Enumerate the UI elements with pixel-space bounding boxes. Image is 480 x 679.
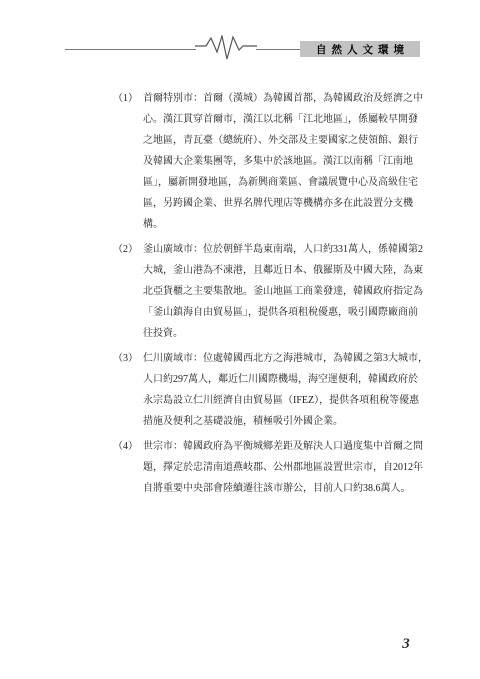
document-page: 自然人文環境 （1） 首爾特別市：首爾（漢城）為韓國首都，為韓國政治及經濟之中心… xyxy=(0,0,480,679)
text-line: 措施及便利之基礎設施，積極吸引外國企業。 xyxy=(143,411,418,432)
text-line: 釜山廣域市：位於朝鮮半島東南端，人口約331萬人，係韓國第2 xyxy=(143,239,418,260)
item-lines: 世宗市：韓國政府為平衡城鄉差距及解決人口過度集中首爾之問題，擇定於忠清南道燕岐郡… xyxy=(143,436,418,499)
city-list: （1） 首爾特別市：首爾（漢城）為韓國首都，為韓國政治及經濟之中心。漢江貫穿首爾… xyxy=(113,88,418,503)
text-line: 及韓國大企業集團等，多集中於該地區。漢江以南稱「江南地 xyxy=(143,151,418,172)
section-title-box: 自然人文環境 xyxy=(300,41,420,57)
text-line: 人口約297萬人，鄰近仁川國際機場，海空運便利，韓國政府於 xyxy=(143,369,418,390)
item-marker: （1） xyxy=(113,88,143,109)
text-line: 世宗市：韓國政府為平衡城鄉差距及解決人口過度集中首爾之問 xyxy=(143,436,418,457)
section-title: 自然人文環境 xyxy=(311,42,409,57)
item-marker: （3） xyxy=(113,348,143,369)
text-line: 往投資。 xyxy=(143,323,418,344)
pulse-waveform-icon xyxy=(195,35,257,63)
text-line: 仁川廣域市：位處韓國西北方之海港城市，為韓國之第3大城市， xyxy=(143,348,418,369)
page-number: 3 xyxy=(398,636,414,653)
text-line: 「釜山鎮海自由貿易區」，提供各項租稅優惠，吸引國際廠商前 xyxy=(143,302,418,323)
item-lines: 仁川廣域市：位處韓國西北方之海港城市，為韓國之第3大城市，人口約297萬人，鄰近… xyxy=(143,348,418,432)
text-line: 題，擇定於忠清南道燕岐郡、公州郡地區設置世宗市，自2012年 xyxy=(143,457,418,478)
page-header: 自然人文環境 xyxy=(65,40,420,58)
text-line: 區，另跨國企業、世界名牌代理店等機構亦多在此設置分支機 xyxy=(143,193,418,214)
header-rule-right xyxy=(256,49,300,50)
text-line: 自將重要中央部會陸續遷往該市辦公，目前人口約38.6萬人。 xyxy=(143,478,418,499)
text-line: 心。漢江貫穿首爾市，漢江以北稱「江北地區」，係屬較早開發 xyxy=(143,109,418,130)
list-item: （3） 仁川廣域市：位處韓國西北方之海港城市，為韓國之第3大城市，人口約297萬… xyxy=(113,348,418,432)
list-item: （1） 首爾特別市：首爾（漢城）為韓國首都，為韓國政治及經濟之中心。漢江貫穿首爾… xyxy=(113,88,418,235)
list-item: （2） 釜山廣域市：位於朝鮮半島東南端，人口約331萬人，係韓國第2大城，釜山港… xyxy=(113,239,418,344)
item-lines: 首爾特別市：首爾（漢城）為韓國首都，為韓國政治及經濟之中心。漢江貫穿首爾市，漢江… xyxy=(143,88,418,235)
item-marker: （4） xyxy=(113,436,143,457)
text-line: 北亞貨櫃之主要集散地。釜山地區工商業發達，韓國政府指定為 xyxy=(143,281,418,302)
item-marker: （2） xyxy=(113,239,143,260)
text-line: 首爾特別市：首爾（漢城）為韓國首都，為韓國政治及經濟之中 xyxy=(143,88,418,109)
text-line: 之地區，青瓦臺（總統府）、外交部及主要國家之使領館、銀行 xyxy=(143,130,418,151)
list-item: （4） 世宗市：韓國政府為平衡城鄉差距及解決人口過度集中首爾之問題，擇定於忠清南… xyxy=(113,436,418,499)
text-line: 構。 xyxy=(143,214,418,235)
item-lines: 釜山廣域市：位於朝鮮半島東南端，人口約331萬人，係韓國第2大城，釜山港為不凍港… xyxy=(143,239,418,344)
text-line: 永宗島設立仁川經濟自由貿易區（IFEZ），提供各項租稅等優惠 xyxy=(143,390,418,411)
header-rule-left xyxy=(65,49,196,50)
text-line: 區」，屬新開發地區，為新興商業區、會議展覽中心及高級住宅 xyxy=(143,172,418,193)
text-line: 大城，釜山港為不凍港，且鄰近日本、俄羅斯及中國大陸，為東 xyxy=(143,260,418,281)
